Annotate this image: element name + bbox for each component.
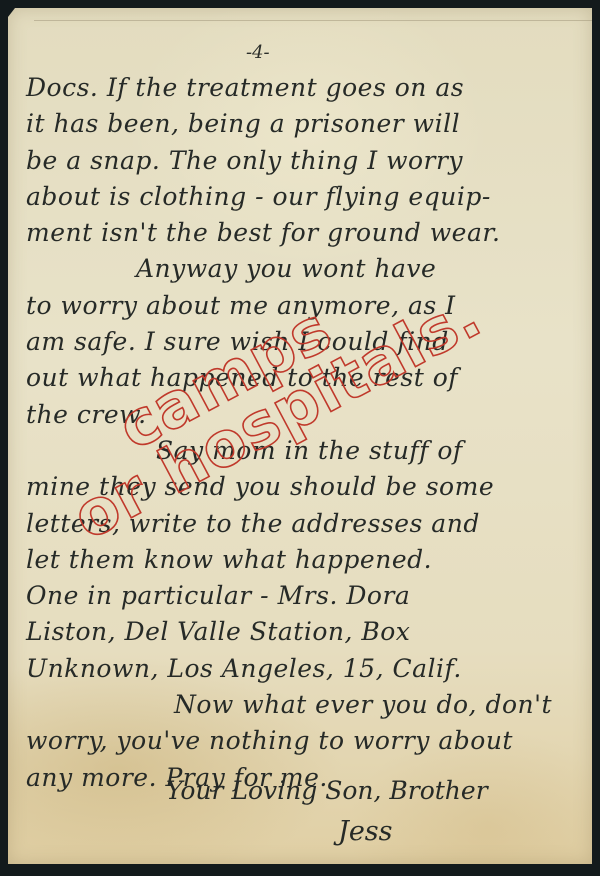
letter-line: Now what ever you do, don't (26, 687, 586, 723)
letter-line: Unknown, Los Angeles, 15, Calif. (26, 651, 586, 687)
letter-line: be a snap. The only thing I worry (26, 143, 586, 179)
letter-line: Liston, Del Valle Station, Box (26, 614, 586, 650)
paper-fold-line (34, 20, 594, 21)
letter-line: am safe. I sure wish I could find (26, 324, 586, 360)
letter-line: let them know what happened. (26, 542, 586, 578)
letter-line: Say mom in the stuff of (26, 433, 586, 469)
letter-line: worry, you've nothing to worry about (26, 723, 586, 759)
letter-line: One in particular - Mrs. Dora (26, 578, 586, 614)
letter-line: out what happened to the rest of (26, 360, 586, 396)
letter-line: it has been, being a prisoner will (26, 106, 586, 142)
letter-line: Docs. If the treatment goes on as (26, 70, 586, 106)
letter-line: about is clothing - our flying equip- (26, 179, 586, 215)
letter-line: ment isn't the best for ground wear. (26, 215, 586, 251)
letter-line: to worry about me anymore, as I (26, 288, 586, 324)
letter-signature: Jess (338, 816, 393, 847)
letter-line: letters, write to the addresses and (26, 506, 586, 542)
letter-line: Anyway you wont have (26, 251, 586, 287)
letter-closing: Your Loving Son, Brother (166, 776, 488, 805)
letter-page: -4- Docs. If the treatment goes on as it… (8, 8, 592, 864)
page-number: -4- (246, 42, 270, 63)
letter-line: the crew. (26, 397, 586, 433)
letter-line: mine they send you should be some (26, 469, 586, 505)
letter-body: Docs. If the treatment goes on as it has… (26, 70, 586, 796)
